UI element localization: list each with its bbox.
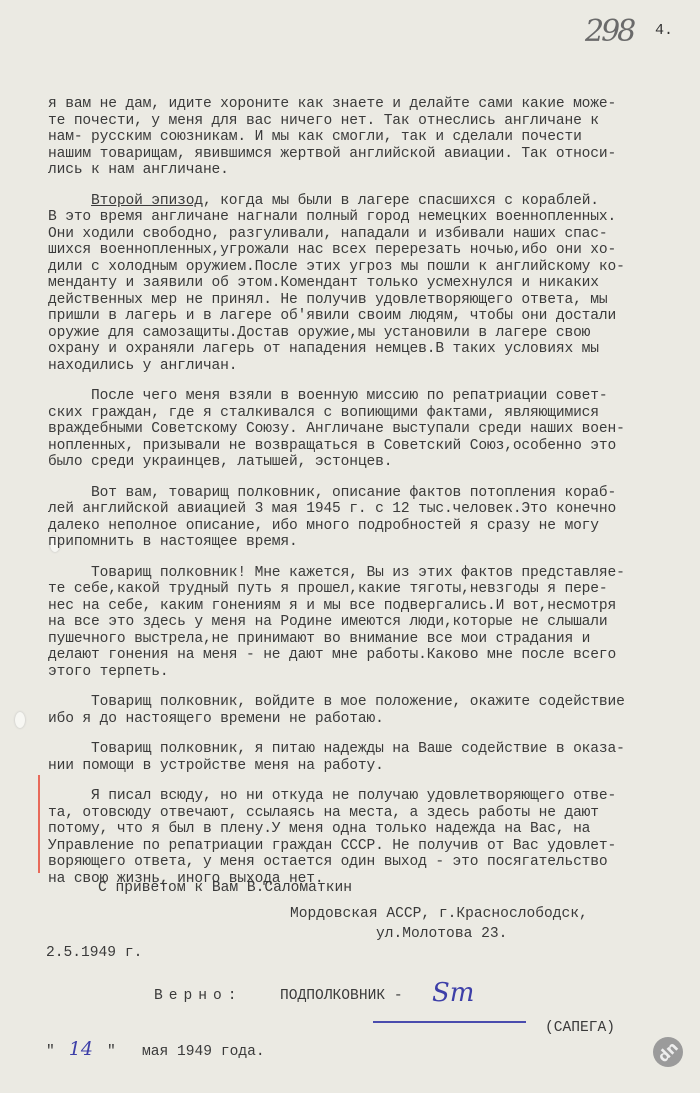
paragraph: После чего меня взяли в военную миссию п… bbox=[48, 388, 698, 471]
text-line: Товарищ полковник, войдите в мое положен… bbox=[48, 694, 698, 711]
text-line: те почести, у меня для вас ничего нет. Т… bbox=[48, 113, 698, 130]
text-line: лей английской авиацией 3 мая 1945 г. с … bbox=[48, 501, 698, 518]
text-line: лись к нам англичане. bbox=[48, 162, 698, 179]
text-line: дили с холодным оружием.После этих угроз… bbox=[48, 259, 698, 276]
handwritten-day: 14 bbox=[69, 1038, 93, 1060]
address-line-1: Мордовская АССР, г.Краснослободск, bbox=[290, 906, 588, 922]
certification-label: Верно: bbox=[154, 988, 243, 1004]
text-line: далеко неполное описание, ибо много подр… bbox=[48, 518, 698, 535]
text-line: После чего меня взяли в военную миссию п… bbox=[48, 388, 698, 405]
text-line: ских граждан, где я сталкивался с вопиющ… bbox=[48, 405, 698, 422]
text-line: менданту и заявили об этом.Комендант тол… bbox=[48, 275, 698, 292]
paragraph: Товарищ полковник, я питаю надежды на Ва… bbox=[48, 741, 698, 774]
paragraph: Вот вам, товарищ полковник, описание фак… bbox=[48, 485, 698, 551]
text-line: В это время англичане нагнали полный гор… bbox=[48, 209, 698, 226]
text-line: нопленных, призывали не возвращаться в С… bbox=[48, 438, 698, 455]
text-line: ибо я до настоящего времени не работаю. bbox=[48, 711, 698, 728]
paragraph: Я писал всюду, но ни откуда не получаю у… bbox=[48, 788, 698, 887]
verno-text: Верно: bbox=[154, 988, 243, 1004]
letter-date: 2.5.1949 г. bbox=[46, 945, 142, 961]
archive-number: 298 bbox=[585, 14, 633, 49]
text-line: нашим товарищам, явившимся жертвой англи… bbox=[48, 146, 698, 163]
closing-line: С приветом к Вам В.Саломаткин bbox=[98, 880, 352, 896]
text-line: действенных мер не принял. Не получив уд… bbox=[48, 292, 698, 309]
punch-hole bbox=[15, 712, 25, 728]
text-line: нии помощи в устройстве меня на работу. bbox=[48, 758, 698, 775]
certifier-name: (САПЕГА) bbox=[545, 1020, 615, 1036]
text-line: потому, что я был в плену.У меня одна то… bbox=[48, 821, 698, 838]
text-line: Товарищ полковник! Мне кажется, Вы из эт… bbox=[48, 565, 698, 582]
text-line: пришли в лагерь и в лагере об'явили свои… bbox=[48, 308, 698, 325]
text-line: на все это здесь у меня на Родине имеютс… bbox=[48, 614, 698, 631]
paragraph: Товарищ полковник, войдите в мое положен… bbox=[48, 694, 698, 727]
text-line: Я писал всюду, но ни откуда не получаю у… bbox=[48, 788, 698, 805]
red-margin-mark bbox=[38, 775, 40, 873]
page-number: 4. bbox=[655, 22, 673, 39]
certifier-rank: ПОДПОЛКОВНИК - bbox=[280, 988, 403, 1004]
certification-day: "14" bbox=[46, 1038, 116, 1060]
certification-month-year: мая 1949 года. bbox=[142, 1044, 265, 1060]
text-line: Управление по репатриации граждан СССР. … bbox=[48, 838, 698, 855]
text-line: Второй эпизод, когда мы были в лагере сп… bbox=[48, 193, 698, 210]
handwritten-signature: Sm bbox=[432, 978, 474, 1008]
text-line: оружие для самозащиты.Достав оружие,мы у… bbox=[48, 325, 698, 342]
watermark-logo-icon: dn bbox=[647, 1031, 689, 1073]
text-line: Товарищ полковник, я питаю надежды на Ва… bbox=[48, 741, 698, 758]
text-line: Они ходили свободно, разгуливали, напада… bbox=[48, 226, 698, 243]
text-line: Вот вам, товарищ полковник, описание фак… bbox=[48, 485, 698, 502]
underlined-heading: Второй эпизод bbox=[91, 193, 203, 209]
text-line: та, отовсюду отвечают, ссылаясь на места… bbox=[48, 805, 698, 822]
text-line: пушечного выстрела,не принимают во внима… bbox=[48, 631, 698, 648]
text-line: те себе,какой трудный путь я прошел,каки… bbox=[48, 581, 698, 598]
text-line: охрану и охраняли лагерь от нападения не… bbox=[48, 341, 698, 358]
text-line: враждебными Советскому Союзу. Англичане … bbox=[48, 421, 698, 438]
text-line: нам- русским союзникам. И мы как смогли,… bbox=[48, 129, 698, 146]
paragraph: я вам не дам, идите хороните как знаете … bbox=[48, 96, 698, 179]
text-line: воряющего ответа, у меня остается один в… bbox=[48, 854, 698, 871]
text-line: шихся военнопленных,угрожали нас всех пе… bbox=[48, 242, 698, 259]
text-line: я вам не дам, идите хороните как знаете … bbox=[48, 96, 698, 113]
text-line: находились у англичан. bbox=[48, 358, 698, 375]
signature-underline bbox=[373, 1021, 526, 1023]
document-page: 298 4. я вам не дам, идите хороните как … bbox=[0, 0, 700, 1093]
address-line-2: ул.Молотова 23. bbox=[376, 926, 507, 942]
text-line: этого терпеть. bbox=[48, 664, 698, 681]
text-line: нес на себе, каким гонениям я и мы все п… bbox=[48, 598, 698, 615]
paragraph: Товарищ полковник! Мне кажется, Вы из эт… bbox=[48, 565, 698, 681]
letter-body: я вам не дам, идите хороните как знаете … bbox=[48, 96, 698, 901]
text-line: припомнить в настоящее время. bbox=[48, 534, 698, 551]
paragraph: Второй эпизод, когда мы были в лагере сп… bbox=[48, 193, 698, 375]
text-line: делают гонения на меня - не дают мне раб… bbox=[48, 647, 698, 664]
text-line: было среди украинцев, латышей, эстонцев. bbox=[48, 454, 698, 471]
